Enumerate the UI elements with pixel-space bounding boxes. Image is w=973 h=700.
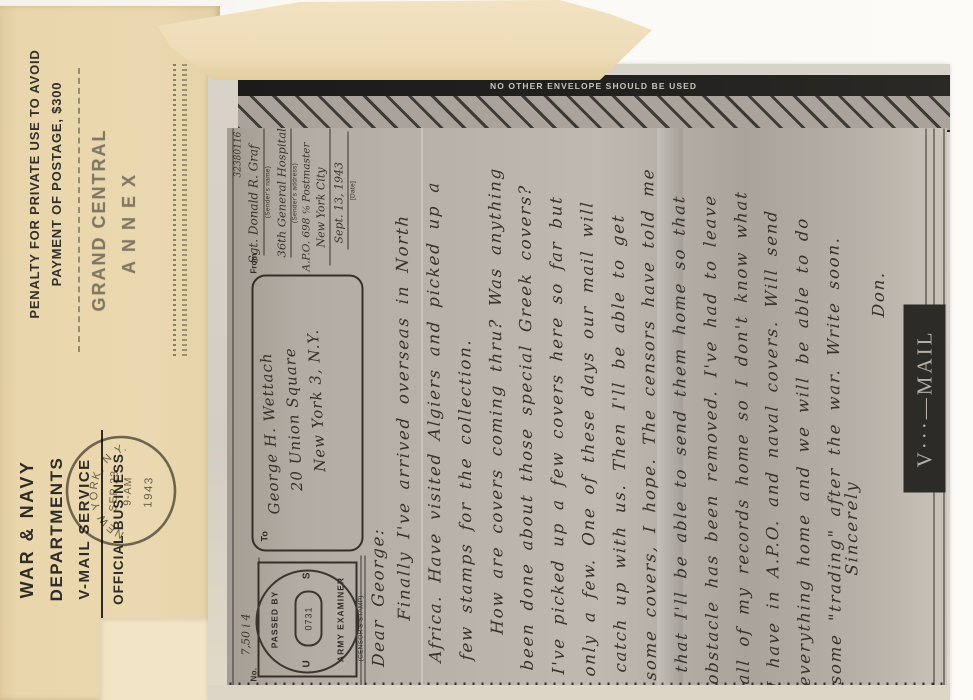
to-label: To — [259, 531, 269, 541]
recipient-city: New York 3, N.Y. — [302, 309, 328, 472]
penalty-line-1: PENALTY FOR PRIVATE USE TO AVOID — [24, 18, 46, 350]
letter-line: How are covers coming thru? Was anything — [485, 166, 506, 635]
date-caption: [Date] — [349, 131, 356, 249]
letter-line: all of my records home so I don't know w… — [731, 189, 753, 684]
no-handwritten-value: 7,50 i 4 — [239, 613, 252, 655]
censor-stamp-passed-by: PASSED BY — [269, 563, 279, 675]
envelope-flap — [155, 0, 655, 80]
scan-page: PENALTY FOR PRIVATE USE TO AVOID PAYMENT… — [0, 0, 973, 700]
sender-unit: 36th General Hospital — [274, 128, 288, 257]
letter-date: Sept. 13, 1943 — [332, 162, 345, 244]
postmark-date: SEP 23 — [107, 470, 120, 512]
sender-service-number: 32380116 — [233, 131, 243, 177]
stamp-area-dashed-rule — [78, 68, 80, 352]
letter-line: some covers, I hope. The censors have to… — [638, 167, 660, 681]
letter-signature: Don. — [868, 270, 887, 317]
censor-stamp-army-examiner: ARMY EXAMINER — [335, 563, 345, 675]
letter-line: Africa. Have visited Algiers and picked … — [423, 180, 445, 663]
photo-bottom-margin — [208, 685, 950, 700]
censor-stamp-s: S — [301, 571, 312, 579]
grand-central-annex-cancel: GRAND CENTRAL ANNEX — [84, 96, 156, 344]
sender-unit-caption: (Sender's address) — [291, 128, 298, 257]
sender-name: Sgt. Donald R. Graf — [246, 144, 260, 263]
recipient-address: George H. Wettach 20 Union Square New Yo… — [257, 356, 319, 521]
letter-closing: Sincerely — [841, 480, 860, 576]
vmail-photo-print: NO OTHER ENVELOPE SHOULD BE USED No. 7,5… — [208, 64, 950, 700]
cancel-line-1: GRAND CENTRAL — [84, 96, 114, 344]
letter-body: Dear George: Finally I've arrived overse… — [366, 110, 909, 696]
censor-stamp: PASSED BY U S 0731 ARMY EXAMINER — [257, 561, 357, 677]
envelope-inner-card — [100, 618, 212, 700]
letter-line: Finally I've arrived overseas in North — [392, 213, 413, 621]
postmark-time: 9-AM — [121, 476, 134, 505]
cancel-line-2: ANNEX — [114, 96, 144, 344]
recipient-address-box: To George H. Wettach 20 Union Square New… — [251, 274, 363, 551]
letter-line: I've picked up a few covers here so far … — [546, 194, 568, 674]
vmail-logo-text: V···—MAIL — [912, 329, 937, 467]
letter-line: I have in A.P.O. and naval covers. Will … — [761, 208, 783, 688]
sender-city: New York City — [314, 167, 327, 247]
letter-line: some "trading" after the war. Write soon… — [823, 235, 844, 685]
new-york-postmark: NEW YORK, N.Y. SEP 23 9-AM 1943 — [62, 432, 180, 550]
postmark-year: 1943 — [142, 476, 155, 508]
penalty-line-2: PAYMENT OF POSTAGE, $300 — [46, 18, 68, 350]
censor-stamp-number: 0731 — [294, 590, 322, 646]
sender-block: From 32380116 Sgt. Donald R. Graf (Sende… — [233, 128, 365, 273]
micro-print-column — [182, 64, 187, 356]
sender-city-rule — [329, 128, 330, 265]
sender-name-caption: (Sender's name) — [264, 128, 271, 255]
vmail-envelope: PENALTY FOR PRIVATE USE TO AVOID PAYMENT… — [0, 6, 220, 700]
banner-text: NO OTHER ENVELOPE SHOULD BE USED — [490, 81, 697, 91]
recipient-street: 20 Union Square — [279, 328, 305, 491]
dept-line-1: WAR & NAVY — [12, 358, 42, 700]
sender-apo: A.P.O. 698 ℅ Postmaster — [300, 142, 312, 271]
censor-stamp-u: U — [301, 659, 312, 667]
letter-line: that I'll be able to send them home so t… — [669, 194, 690, 673]
letter-image-area: No. 7,50 i 4 PASSED BY U S 0731 ARMY EXA… — [227, 128, 947, 685]
letter-line: everything home and we will be able to d… — [792, 216, 813, 687]
letter-line: catch up with us. Then I'll be able to g… — [608, 213, 629, 673]
letter-line: few stamps for the collection. — [455, 337, 476, 660]
censor-block: No. 7,50 i 4 PASSED BY U S 0731 ARMY EXA… — [233, 555, 365, 683]
letter-line: obstacle has been removed. I've had to l… — [700, 193, 722, 685]
letter-line: been done about those special Greek cove… — [515, 183, 537, 670]
censor-divider-rule — [364, 555, 365, 685]
date-rule — [347, 131, 348, 249]
vmail-logo: V···—MAIL — [903, 304, 945, 492]
penalty-notice: PENALTY FOR PRIVATE USE TO AVOID PAYMENT… — [24, 18, 78, 350]
micro-print-column — [173, 64, 176, 356]
form-bottom-rule — [925, 128, 926, 305]
salutation: Dear George: — [368, 526, 388, 666]
censor-divider-rule — [360, 555, 361, 685]
letter-content-rotated: No. 7,50 i 4 PASSED BY U S 0731 ARMY EXA… — [227, 128, 947, 685]
recipient-name: George H. Wettach — [256, 352, 282, 515]
letter-line: only a few. One of these days our mail w… — [577, 199, 598, 676]
